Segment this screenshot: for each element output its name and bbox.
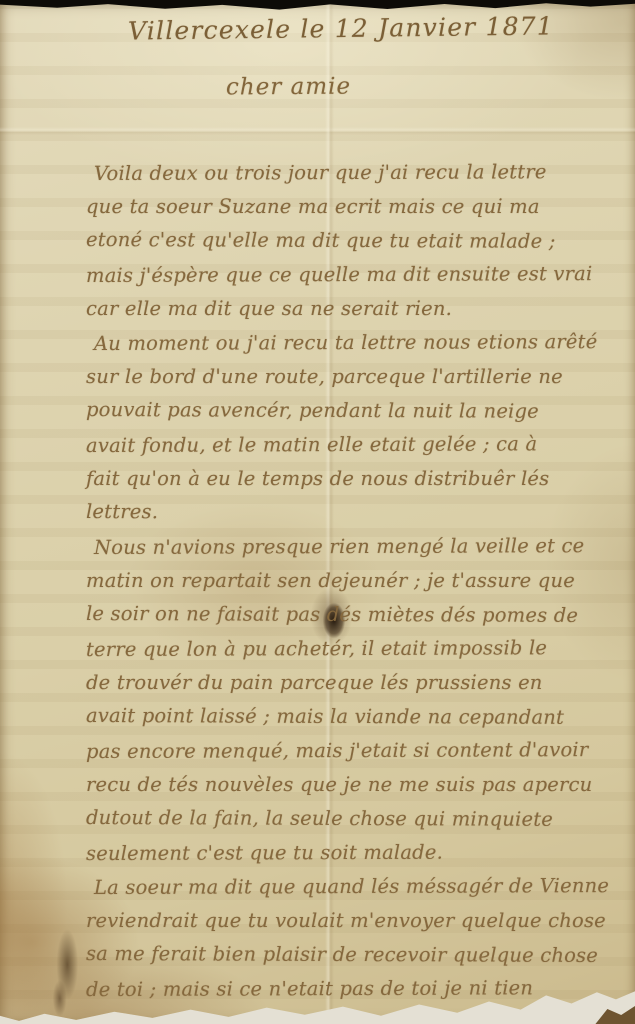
letter-line: Au moment ou j'ai recu ta lettre nous et… — [86, 325, 621, 361]
letter-line: sur le bord d'une route, parceque l'arti… — [86, 360, 621, 394]
paragraph-1: Voila deux ou trois jour que j'ai recu l… — [86, 156, 621, 326]
letter-line: terre que lon à pu achetér, il etait imp… — [86, 631, 621, 667]
letter-paper: Villercexele le 12 Janvier 1871 cher ami… — [0, 0, 635, 1024]
letter-line: seulement c'est que tu soit malade. — [86, 835, 621, 871]
paragraph-4: La soeur ma dit que quand lés méssagér d… — [86, 870, 621, 1006]
letter-line: sa me ferait bien plaisir de recevoir qu… — [86, 937, 621, 973]
paragraph-2: Au moment ou j'ai recu ta lettre nous et… — [86, 326, 621, 530]
letter-line: car elle ma dit que sa ne serait rien. — [86, 292, 621, 326]
paragraph-3: Nous n'avions presque rien mengé la veil… — [86, 530, 621, 870]
letter-line: etoné c'est qu'elle ma dit que tu etait … — [86, 223, 621, 259]
letter-line: fait qu'on à eu le temps de nous distrib… — [86, 462, 621, 496]
letter-line: de toi ; mais si ce n'etait pas de toi j… — [86, 971, 621, 1007]
letter-dateline: Villercexele le 12 Janvier 1871 — [128, 11, 554, 45]
scanned-letter-page: Villercexele le 12 Janvier 1871 cher ami… — [0, 0, 635, 1024]
letter-salutation: cher amie — [226, 74, 351, 101]
scan-top-edge — [0, 0, 635, 11]
letter-line: lettres. — [86, 495, 621, 531]
letter-line: recu de tés nouvèles que je ne me suis p… — [86, 768, 621, 802]
letter-line: que ta soeur Suzane ma ecrit mais ce qui… — [86, 190, 621, 224]
letter-line: La soeur ma dit que quand lés méssagér d… — [86, 869, 621, 905]
letter-line: avait fondu, et le matin elle etait gelé… — [86, 427, 621, 463]
letter-body: Voila deux ou trois jour que j'ai recu l… — [86, 156, 621, 1006]
letter-line: de trouvér du pain parceque lés prussien… — [86, 666, 621, 700]
torn-paper-fragment — [589, 1004, 635, 1024]
letter-line: matin on repartait sen dejeunér ; je t'a… — [86, 564, 621, 598]
letter-line: Nous n'avions presque rien mengé la veil… — [86, 529, 621, 565]
letter-line: reviendrait que tu voulait m'envoyer que… — [86, 904, 621, 938]
letter-line: pas encore menqué, mais j'etait si conte… — [86, 733, 621, 769]
letter-line: le soir on ne faisait pas dés miètes dés… — [86, 597, 621, 633]
letter-line: dutout de la fain, la seule chose qui mi… — [86, 801, 621, 837]
letter-line: avait point laissé ; mais la viande na c… — [86, 699, 621, 735]
letter-line: mais j'éspère que ce quelle ma dit ensui… — [86, 257, 621, 293]
letter-line: pouvait pas avencér, pendant la nuit la … — [86, 393, 621, 429]
letter-line: Voila deux ou trois jour que j'ai recu l… — [86, 155, 621, 191]
